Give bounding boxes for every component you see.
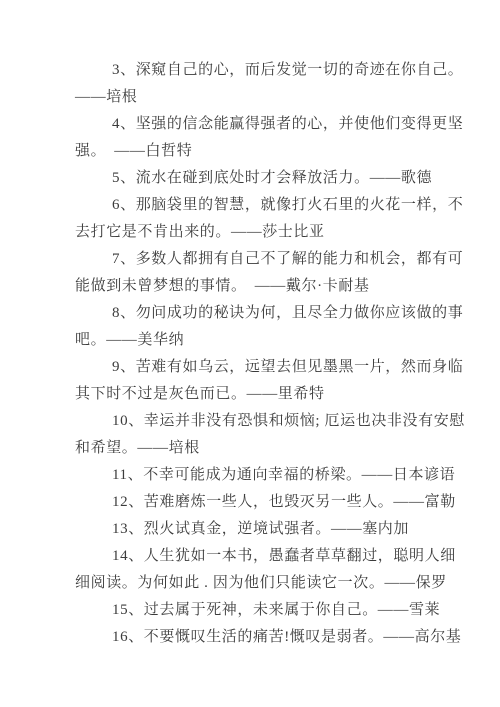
quote-line-start: 7、多数人都拥有自己不了解的能力和机会，都有可 bbox=[75, 246, 442, 273]
quote-line-start: 3、深窥自己的心，而后发觉一切的奇迹在你自己。 bbox=[75, 57, 442, 84]
quote-paragraph-11: 11、不幸可能成为通向幸福的桥梁。——日本谚语 bbox=[75, 462, 442, 489]
quote-line-start: 13、烈火试真金，逆境试强者。——塞内加 bbox=[75, 516, 442, 543]
quote-line-continuation: ——培根 bbox=[75, 84, 442, 111]
quote-line-continuation: 细阅读。为何如此 . 因为他们只能读它一次。——保罗 bbox=[75, 570, 442, 597]
quotes-list: 3、深窥自己的心，而后发觉一切的奇迹在你自己。——培根4、坚强的信念能赢得强者的… bbox=[75, 57, 442, 651]
quote-line-continuation: 能做到未曾梦想的事情。 ——戴尔·卡耐基 bbox=[75, 273, 442, 300]
quote-line-start: 12、苦难磨炼一些人，也毁灭另一些人。——富勒 bbox=[75, 489, 442, 516]
quote-paragraph-6: 6、那脑袋里的智慧，就像打火石里的火花一样，不去打它是不肯出来的。——莎士比亚 bbox=[75, 192, 442, 246]
quote-line-continuation: 去打它是不肯出来的。——莎士比亚 bbox=[75, 219, 442, 246]
quote-line-continuation: 强。 ——白哲特 bbox=[75, 138, 442, 165]
quote-paragraph-5: 5、流水在碰到底处时才会释放活力。——歌德 bbox=[75, 165, 442, 192]
quote-line-start: 11、不幸可能成为通向幸福的桥梁。——日本谚语 bbox=[75, 462, 442, 489]
quote-paragraph-7: 7、多数人都拥有自己不了解的能力和机会，都有可能做到未曾梦想的事情。 ——戴尔·… bbox=[75, 246, 442, 300]
quote-paragraph-12: 12、苦难磨炼一些人，也毁灭另一些人。——富勒 bbox=[75, 489, 442, 516]
quote-paragraph-13: 13、烈火试真金，逆境试强者。——塞内加 bbox=[75, 516, 442, 543]
quote-line-continuation: 其下时不过是灰色而已。——里希特 bbox=[75, 381, 442, 408]
quote-paragraph-15: 15、过去属于死神，未来属于你自己。——雪莱 bbox=[75, 597, 442, 624]
quote-paragraph-4: 4、坚强的信念能赢得强者的心，并使他们变得更坚强。 ——白哲特 bbox=[75, 111, 442, 165]
quote-line-start: 6、那脑袋里的智慧，就像打火石里的火花一样，不 bbox=[75, 192, 442, 219]
quote-line-start: 5、流水在碰到底处时才会释放活力。——歌德 bbox=[75, 165, 442, 192]
quote-line-continuation: 吧。——美华纳 bbox=[75, 327, 442, 354]
quote-line-start: 16、不要慨叹生活的痛苦!慨叹是弱者。——高尔基 bbox=[75, 624, 442, 651]
quote-paragraph-10: 10、幸运并非没有恐惧和烦恼; 厄运也决非没有安慰和希望。——培根 bbox=[75, 408, 442, 462]
quote-paragraph-14: 14、人生犹如一本书，愚蠢者草草翻过，聪明人细细阅读。为何如此 . 因为他们只能… bbox=[75, 543, 442, 597]
quote-paragraph-8: 8、勿问成功的秘诀为何，且尽全力做你应该做的事吧。——美华纳 bbox=[75, 300, 442, 354]
quote-line-start: 14、人生犹如一本书，愚蠢者草草翻过，聪明人细 bbox=[75, 543, 442, 570]
quote-paragraph-3: 3、深窥自己的心，而后发觉一切的奇迹在你自己。——培根 bbox=[75, 57, 442, 111]
quote-line-start: 10、幸运并非没有恐惧和烦恼; 厄运也决非没有安慰 bbox=[75, 408, 442, 435]
document-page: 3、深窥自己的心，而后发觉一切的奇迹在你自己。——培根4、坚强的信念能赢得强者的… bbox=[0, 0, 500, 707]
quote-line-start: 15、过去属于死神，未来属于你自己。——雪莱 bbox=[75, 597, 442, 624]
quote-paragraph-9: 9、苦难有如乌云，远望去但见墨黑一片，然而身临其下时不过是灰色而已。——里希特 bbox=[75, 354, 442, 408]
quote-line-continuation: 和希望。——培根 bbox=[75, 435, 442, 462]
quote-paragraph-16: 16、不要慨叹生活的痛苦!慨叹是弱者。——高尔基 bbox=[75, 624, 442, 651]
quote-line-start: 9、苦难有如乌云，远望去但见墨黑一片，然而身临 bbox=[75, 354, 442, 381]
quote-line-start: 8、勿问成功的秘诀为何，且尽全力做你应该做的事 bbox=[75, 300, 442, 327]
quote-line-start: 4、坚强的信念能赢得强者的心，并使他们变得更坚 bbox=[75, 111, 442, 138]
